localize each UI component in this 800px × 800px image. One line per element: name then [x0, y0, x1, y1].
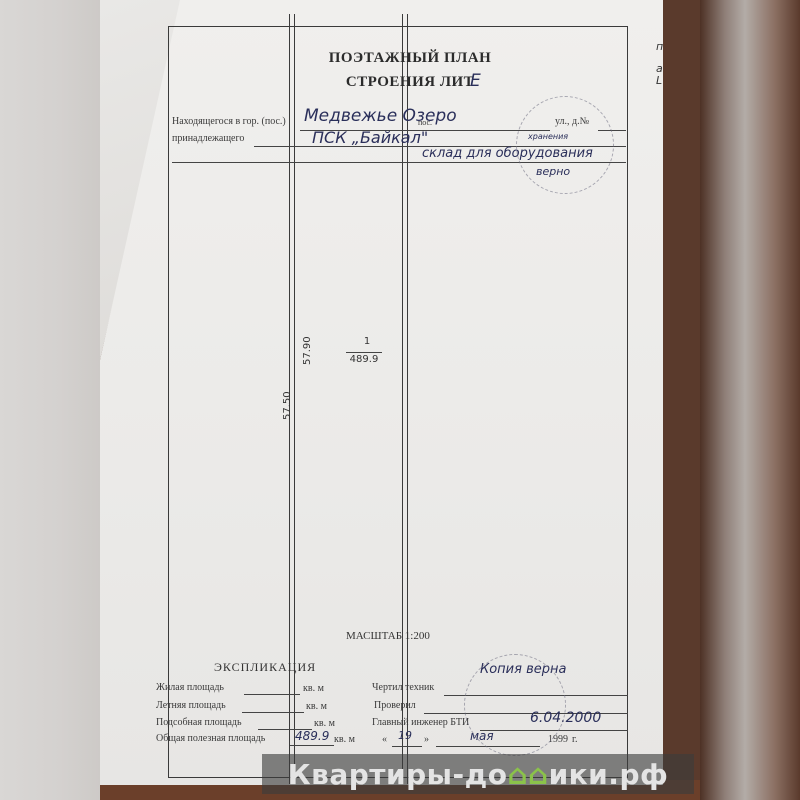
- building-letter: Е: [470, 71, 481, 91]
- total-area-value: 489.9: [295, 729, 329, 743]
- background-right: [700, 0, 800, 800]
- date-year-suffix: г.: [572, 734, 577, 745]
- location-suffix: пос.: [418, 118, 432, 127]
- utility-area-label: Подсобная площадь: [156, 717, 242, 728]
- date-quote-close: »: [424, 734, 429, 745]
- summer-area-label: Летняя площадь: [156, 700, 226, 711]
- checker-label: Проверил: [374, 700, 416, 711]
- date-day: 19: [398, 729, 412, 742]
- watermark-text-start: Квартиры-до: [288, 758, 508, 791]
- drafter-label: Чертил техник: [372, 682, 434, 693]
- margin-mark-3: L: [656, 74, 662, 87]
- owner-label: принадлежащего: [172, 133, 244, 144]
- stamp-top: [516, 96, 614, 194]
- living-area-underline: [244, 694, 300, 695]
- living-area-unit: кв. м: [303, 683, 324, 694]
- dimension-left: 57.50: [282, 391, 293, 420]
- owner-value: ПСК „Байкал": [312, 128, 428, 147]
- scale-label: МАСШТАБ 1:200: [346, 630, 430, 642]
- date-quote-open: «: [382, 734, 387, 745]
- total-area-underline: [290, 745, 334, 746]
- room-area: 489.9: [346, 352, 382, 365]
- location-value: Медвежье Озеро: [304, 106, 457, 126]
- living-area-label: Жилая площадь: [156, 682, 224, 693]
- explication-title: ЭКСПЛИКАЦИЯ: [214, 660, 316, 675]
- room-number: 1: [352, 336, 382, 347]
- summer-area-underline: [242, 712, 304, 713]
- watermark-banner: Квартиры-до⌂⌂ики.рф: [262, 754, 694, 794]
- margin-mark-1: п: [656, 40, 663, 53]
- total-area-unit: кв. м: [334, 734, 355, 745]
- location-label: Находящегося в гор. (пос.): [172, 116, 286, 127]
- watermark-text-end: ики.рф: [549, 758, 669, 791]
- chief-engineer-label: Главный инженер БТИ: [372, 717, 469, 728]
- date-day-underline: [392, 746, 422, 747]
- summer-area-unit: кв. м: [306, 701, 327, 712]
- house-icon: ⌂⌂: [507, 758, 548, 791]
- utility-area-unit: кв. м: [314, 718, 335, 729]
- document-title: ПОЭТАЖНЫЙ ПЛАН: [310, 50, 510, 67]
- total-area-label: Общая полезная площадь: [156, 733, 265, 744]
- dimension-inner: 57.90: [302, 336, 313, 365]
- stamp-bottom: [464, 654, 566, 756]
- background-left: [0, 0, 100, 800]
